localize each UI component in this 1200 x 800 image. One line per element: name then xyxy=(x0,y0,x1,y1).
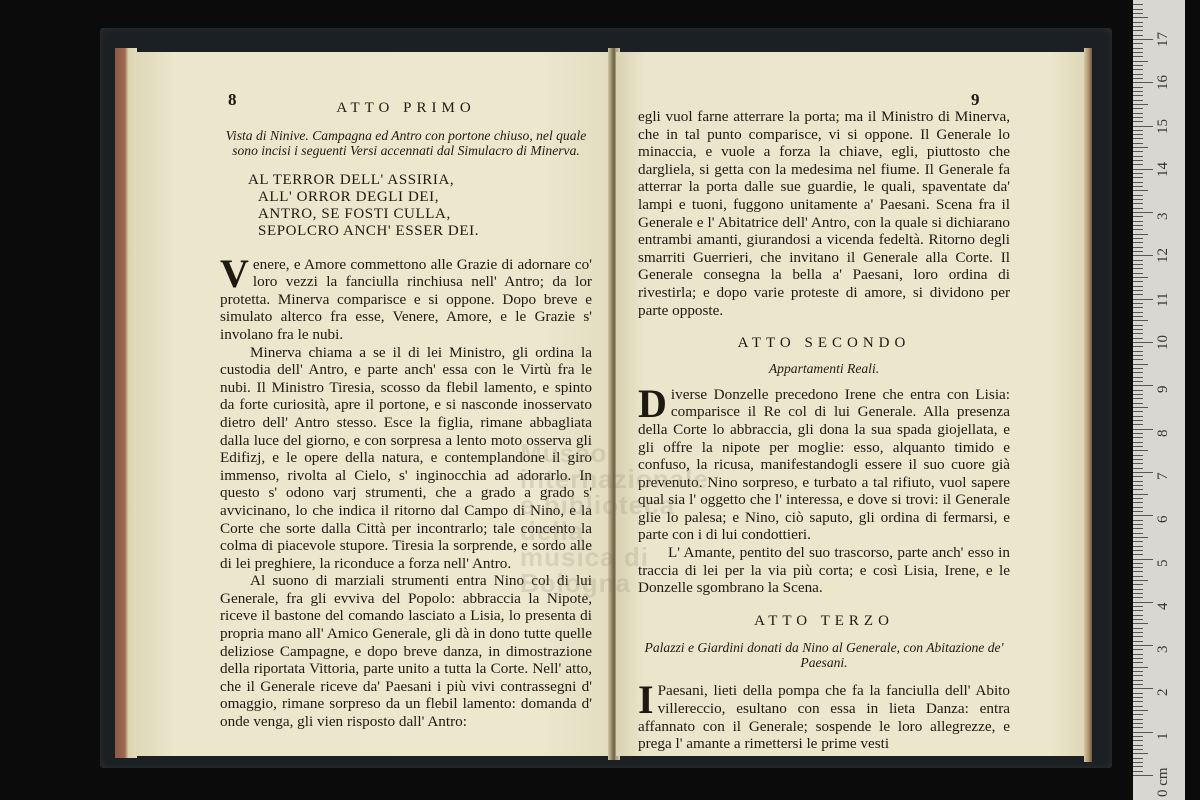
ruler-tick xyxy=(1133,533,1143,534)
ruler-tick xyxy=(1133,164,1143,165)
ruler-tick xyxy=(1133,325,1143,326)
ruler-tick xyxy=(1133,606,1143,607)
ruler-tick xyxy=(1133,645,1153,646)
ruler-tick xyxy=(1133,649,1143,650)
ruler-tick xyxy=(1133,255,1153,256)
ruler-label: 3 xyxy=(1155,646,1172,654)
ruler-tick xyxy=(1133,753,1148,754)
ruler-tick xyxy=(1133,576,1143,577)
ruler-tick xyxy=(1133,268,1143,269)
ruler-tick xyxy=(1133,338,1143,339)
ruler-tick xyxy=(1133,745,1143,746)
ruler-tick xyxy=(1133,372,1143,373)
ruler-tick xyxy=(1133,723,1143,724)
ruler-tick xyxy=(1133,502,1143,503)
ruler-tick xyxy=(1133,727,1143,728)
ruler-tick xyxy=(1133,203,1143,204)
ruler-tick xyxy=(1133,39,1153,40)
ruler-tick xyxy=(1133,442,1143,443)
ruler-label: 17 xyxy=(1155,32,1172,47)
right-page-text: egli vuol farne atterrare la porta; ma i… xyxy=(638,108,1010,753)
ruler-tick xyxy=(1133,364,1148,365)
ruler-tick xyxy=(1133,693,1143,694)
ruler-tick xyxy=(1133,416,1143,417)
ruler-tick xyxy=(1133,675,1143,676)
act-2-scene-description: Appartamenti Reali. xyxy=(638,361,1010,376)
verse-line: SEPOLCRO ANCH' ESSER DEI. xyxy=(248,223,592,240)
ruler-tick xyxy=(1133,351,1143,352)
ruler-tick xyxy=(1133,550,1143,551)
ruler-tick xyxy=(1133,229,1143,230)
inscription-verses: AL TERROR DELL' ASSIRIA, ALL' ORROR DEGL… xyxy=(220,172,592,240)
ruler-tick xyxy=(1133,706,1143,707)
ruler-tick xyxy=(1133,303,1143,304)
act-3-title: ATTO TERZO xyxy=(638,613,1010,631)
ruler-tick xyxy=(1133,697,1143,698)
ruler-tick xyxy=(1133,126,1153,127)
ruler-label: 15 xyxy=(1155,119,1172,134)
ruler-tick xyxy=(1133,381,1143,382)
ruler-tick xyxy=(1133,437,1143,438)
ruler-tick xyxy=(1133,494,1148,495)
ruler-tick xyxy=(1133,450,1148,451)
ruler-tick xyxy=(1133,26,1143,27)
act-1-paragraph-continued: egli vuol farne atterrare la porta; ma i… xyxy=(638,108,1010,319)
ruler-tick xyxy=(1133,169,1153,170)
ruler-tick xyxy=(1133,446,1143,447)
ruler-tick xyxy=(1133,740,1143,741)
ruler-tick xyxy=(1133,78,1143,79)
ruler-tick xyxy=(1133,320,1148,321)
ruler-tick xyxy=(1133,208,1143,209)
ruler-tick xyxy=(1133,623,1148,624)
ruler-tick xyxy=(1133,147,1148,148)
ruler-tick xyxy=(1133,567,1143,568)
paragraph-text: Paesani, lieti della pompa che fa la fan… xyxy=(638,682,1010,752)
act-2-title: ATTO SECONDO xyxy=(638,335,1010,353)
ruler-tick xyxy=(1133,143,1143,144)
ruler-tick xyxy=(1133,658,1143,659)
watermark-line: e biblioteca della xyxy=(520,492,740,544)
ruler-tick xyxy=(1133,238,1143,239)
verse-line: ANTRO, SE FOSTI CULLA, xyxy=(248,206,592,223)
ruler-tick xyxy=(1133,610,1143,611)
watermark-line: Museo internazionale xyxy=(520,440,740,492)
ruler-label: 5 xyxy=(1155,559,1172,567)
ruler-tick xyxy=(1133,22,1143,23)
ruler-tick xyxy=(1133,394,1143,395)
ruler-tick xyxy=(1133,732,1153,733)
ruler-tick xyxy=(1133,593,1143,594)
ruler-tick xyxy=(1133,511,1143,512)
ruler-tick xyxy=(1133,455,1143,456)
ruler-tick xyxy=(1133,463,1143,464)
ruler-tick xyxy=(1133,355,1143,356)
page-block-edge-left xyxy=(115,48,137,758)
ruler-tick xyxy=(1133,580,1148,581)
ruler-tick xyxy=(1133,615,1143,616)
ruler-tick xyxy=(1133,775,1153,776)
ruler-tick xyxy=(1133,485,1143,486)
ruler-tick xyxy=(1133,247,1143,248)
ruler-tick xyxy=(1133,762,1143,763)
ruler-tick xyxy=(1133,528,1143,529)
ruler-tick xyxy=(1133,333,1143,334)
ruler-label: 2 xyxy=(1155,689,1172,697)
verse-line: AL TERROR DELL' ASSIRIA, xyxy=(248,172,592,189)
ruler-tick xyxy=(1133,398,1143,399)
ruler-tick xyxy=(1133,736,1143,737)
ruler-tick xyxy=(1133,714,1143,715)
ruler-tick xyxy=(1133,277,1148,278)
ruler-tick xyxy=(1133,597,1143,598)
library-watermark: Museo internazionale e biblioteca della … xyxy=(520,440,740,596)
ruler-label: 1 xyxy=(1155,732,1172,740)
ruler-tick xyxy=(1133,307,1143,308)
ruler-label: 7 xyxy=(1155,472,1172,480)
ruler-tick xyxy=(1133,329,1143,330)
ruler-tick xyxy=(1133,234,1148,235)
ruler-tick xyxy=(1133,766,1143,767)
ruler-tick xyxy=(1133,61,1148,62)
act-1-paragraph-1: Venere, e Amore commettono alle Grazie d… xyxy=(220,256,592,344)
ruler-tick xyxy=(1133,156,1143,157)
ruler-tick xyxy=(1133,424,1143,425)
ruler-tick xyxy=(1133,195,1143,196)
ruler-label: 14 xyxy=(1155,162,1172,177)
ruler-tick xyxy=(1133,641,1143,642)
ruler-tick xyxy=(1133,151,1143,152)
ruler-tick xyxy=(1133,134,1143,135)
ruler-tick xyxy=(1133,619,1143,620)
ruler-tick xyxy=(1133,74,1143,75)
ruler-tick xyxy=(1133,312,1143,313)
ruler-tick xyxy=(1133,628,1143,629)
ruler-label: 9 xyxy=(1155,386,1172,394)
ruler-label: 6 xyxy=(1155,516,1172,524)
ruler-tick xyxy=(1133,667,1148,668)
ruler-tick xyxy=(1133,368,1143,369)
act-1-title: ATTO PRIMO xyxy=(220,100,592,118)
ruler-tick xyxy=(1133,9,1143,10)
ruler-tick xyxy=(1133,242,1143,243)
drop-cap: V xyxy=(220,258,249,290)
ruler-tick xyxy=(1133,299,1153,300)
ruler-tick xyxy=(1133,199,1143,200)
paragraph-text: enere, e Amore commettono alle Grazie di… xyxy=(220,256,592,343)
drop-cap: I xyxy=(638,684,654,716)
ruler-tick xyxy=(1133,662,1143,663)
ruler-tick xyxy=(1133,100,1143,101)
ruler-tick xyxy=(1133,671,1143,672)
ruler-tick xyxy=(1133,537,1148,538)
ruler-tick xyxy=(1133,602,1153,603)
ruler-tick xyxy=(1133,688,1153,689)
measurement-ruler: 0 cm123456789101112314151617 xyxy=(1133,0,1185,800)
ruler-tick xyxy=(1133,433,1143,434)
ruler-tick xyxy=(1133,571,1143,572)
ruler-tick xyxy=(1133,476,1143,477)
ruler-tick xyxy=(1133,346,1143,347)
ruler-tick xyxy=(1133,654,1143,655)
ruler-tick xyxy=(1133,216,1143,217)
watermark-line: musica di Bologna xyxy=(520,544,740,596)
act-1-scene-description: Vista di Ninive. Campagna ed Antro con p… xyxy=(220,128,592,158)
ruler-tick xyxy=(1133,680,1143,681)
ruler-tick xyxy=(1133,13,1143,14)
page-number-right: 9 xyxy=(971,90,980,110)
ruler-tick xyxy=(1133,559,1153,560)
ruler-tick xyxy=(1133,87,1143,88)
ruler-tick xyxy=(1133,589,1143,590)
ruler-tick xyxy=(1133,4,1143,5)
ruler-tick xyxy=(1133,130,1143,131)
ruler-label: 10 xyxy=(1155,335,1172,350)
ruler-tick xyxy=(1133,701,1143,702)
ruler-tick xyxy=(1133,294,1143,295)
left-page-text: ATTO PRIMO Vista di Ninive. Campagna ed … xyxy=(220,100,592,731)
ruler-tick xyxy=(1133,459,1143,460)
left-page: 8 ATTO PRIMO Vista di Ninive. Campagna e… xyxy=(136,52,612,756)
verse-line: ALL' ORROR DEGLI DEI, xyxy=(248,189,592,206)
ruler-tick xyxy=(1133,377,1143,378)
ruler-tick xyxy=(1133,286,1143,287)
ruler-tick xyxy=(1133,138,1143,139)
ruler-tick xyxy=(1133,520,1143,521)
ruler-tick xyxy=(1133,95,1143,96)
act-3-paragraph-1: IPaesani, lieti della pompa che fa la fa… xyxy=(638,682,1010,752)
ruler-tick xyxy=(1133,390,1143,391)
ruler-tick xyxy=(1133,563,1143,564)
ruler-tick xyxy=(1133,65,1143,66)
ruler-tick xyxy=(1133,264,1143,265)
ruler-tick xyxy=(1133,403,1143,404)
ruler-tick xyxy=(1133,117,1143,118)
ruler-tick xyxy=(1133,541,1143,542)
ruler-tick xyxy=(1133,342,1153,343)
ruler-tick xyxy=(1133,710,1148,711)
ruler-tick xyxy=(1133,56,1143,57)
ruler-tick xyxy=(1133,273,1143,274)
ruler-tick xyxy=(1133,489,1143,490)
ruler-tick xyxy=(1133,173,1143,174)
ruler-tick xyxy=(1133,108,1143,109)
ruler-label: 12 xyxy=(1155,248,1172,263)
ruler-label: 8 xyxy=(1155,429,1172,437)
ruler-tick xyxy=(1133,719,1143,720)
ruler-tick xyxy=(1133,186,1143,187)
ruler-label: 4 xyxy=(1155,602,1172,610)
ruler-tick xyxy=(1133,632,1143,633)
ruler-tick xyxy=(1133,515,1153,516)
ruler-label: 0 cm xyxy=(1155,767,1172,797)
ruler-tick xyxy=(1133,281,1143,282)
ruler-label: 3 xyxy=(1155,213,1172,221)
ruler-tick xyxy=(1133,290,1143,291)
ruler-tick xyxy=(1133,472,1153,473)
ruler-tick xyxy=(1133,52,1143,53)
ruler-tick xyxy=(1133,507,1143,508)
ruler-tick xyxy=(1133,316,1143,317)
ruler-tick xyxy=(1133,104,1148,105)
ruler-tick xyxy=(1133,546,1143,547)
ruler-tick xyxy=(1133,43,1143,44)
ruler-tick xyxy=(1133,17,1148,18)
ruler-tick xyxy=(1133,684,1143,685)
ruler-tick xyxy=(1133,636,1143,637)
right-page: 9 egli vuol farne atterrare la porta; ma… xyxy=(616,52,1088,756)
ruler-label: 16 xyxy=(1155,75,1172,90)
ruler-tick xyxy=(1133,177,1143,178)
ruler-tick xyxy=(1133,113,1143,114)
ruler-tick xyxy=(1133,411,1143,412)
ruler-tick xyxy=(1133,524,1143,525)
ruler-tick xyxy=(1133,749,1143,750)
ruler-tick xyxy=(1133,48,1143,49)
ruler-tick xyxy=(1133,498,1143,499)
ruler-tick xyxy=(1133,407,1148,408)
ruler-tick xyxy=(1133,359,1143,360)
page-block-edge-right xyxy=(1084,48,1092,762)
ruler-tick xyxy=(1133,212,1153,213)
ruler-tick xyxy=(1133,468,1143,469)
ruler-tick xyxy=(1133,481,1143,482)
ruler-tick xyxy=(1133,30,1143,31)
drop-cap: D xyxy=(638,388,667,420)
ruler-tick xyxy=(1133,225,1143,226)
ruler-tick xyxy=(1133,260,1143,261)
ruler-tick xyxy=(1133,420,1143,421)
ruler-tick xyxy=(1133,121,1143,122)
ruler-tick xyxy=(1133,584,1143,585)
ruler-tick xyxy=(1133,771,1143,772)
ruler-tick xyxy=(1133,221,1143,222)
ruler-tick xyxy=(1133,251,1143,252)
ruler-tick xyxy=(1133,182,1143,183)
ruler-tick xyxy=(1133,160,1143,161)
act-3-scene-description: Palazzi e Giardini donati da Nino al Gen… xyxy=(638,640,1010,670)
ruler-tick xyxy=(1133,91,1143,92)
ruler-tick xyxy=(1133,385,1153,386)
ruler-tick xyxy=(1133,82,1153,83)
ruler-label: 11 xyxy=(1155,292,1172,306)
ruler-tick xyxy=(1133,190,1148,191)
ruler-tick xyxy=(1133,758,1143,759)
ruler-tick xyxy=(1133,429,1153,430)
ruler-tick xyxy=(1133,35,1143,36)
ruler-tick xyxy=(1133,554,1143,555)
ruler-tick xyxy=(1133,69,1143,70)
